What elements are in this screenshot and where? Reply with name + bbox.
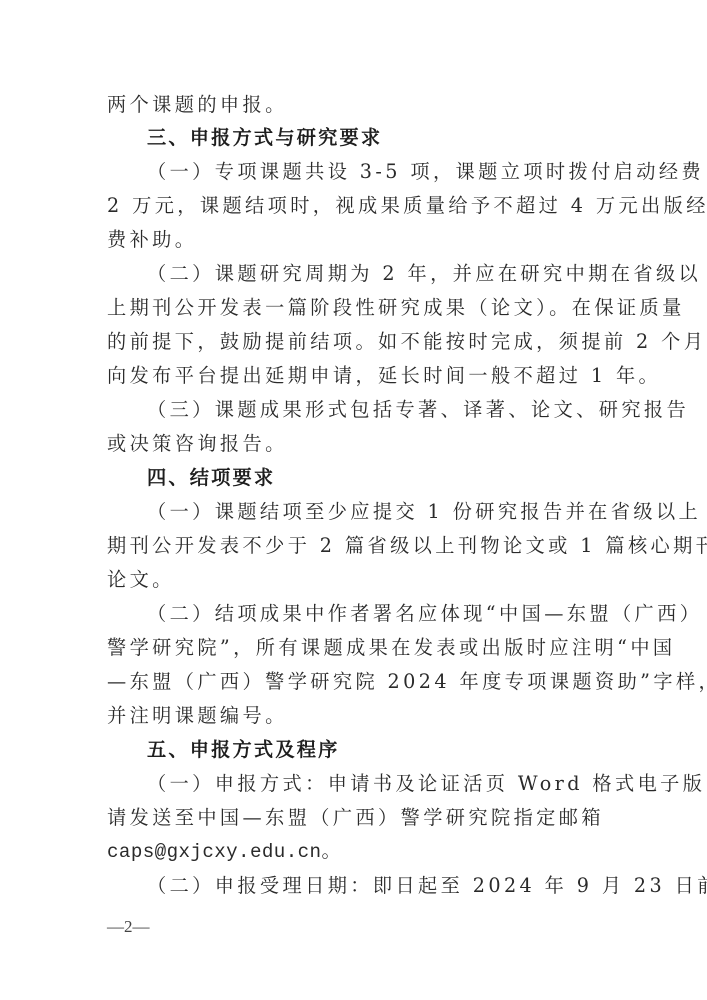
- text-line: 向发布平台提出延期申请，延长时间一般不超过 1 年。: [107, 359, 661, 393]
- text-line: （三）课题成果形式包括专著、译著、论文、研究报告: [147, 393, 689, 427]
- section-heading-5: 五、申报方式及程序: [147, 733, 340, 767]
- text-line: 上期刊公开发表一篇阶段性研究成果（论文）。在保证质量: [107, 291, 685, 325]
- text-line: （二）课题研究周期为 2 年，并应在研究中期在省级以: [147, 257, 701, 291]
- email-address: caps@gxjcxy.edu.cn。: [107, 835, 341, 869]
- text-line: （一）专项课题共设 3-5 项，课题立项时拨付启动经费: [147, 155, 704, 189]
- text-line: 费补助。: [107, 223, 197, 257]
- text-line: 论文。: [107, 563, 175, 597]
- section-heading-4: 四、结项要求: [147, 461, 275, 495]
- text-line: 的前提下，鼓励提前结项。如不能按时完成，须提前 2 个月: [107, 325, 706, 359]
- page-number: —2—: [107, 917, 150, 937]
- text-line: —东盟（广西）警学研究院 2024 年度专项课题资助”字样，: [107, 665, 707, 699]
- text-line: （一）申报方式：申请书及论证活页 Word 格式电子版: [147, 767, 705, 801]
- text-line: 两个课题的申报。: [107, 88, 288, 122]
- text-line: 或决策咨询报告。: [107, 427, 288, 461]
- text-line: 期刊公开发表不少于 2 篇省级以上刊物论文或 1 篇核心期刊: [107, 529, 707, 563]
- section-heading-3: 三、申报方式与研究要求: [147, 121, 382, 155]
- text-line: 警学研究院”，所有课题成果在发表或出版时应注明“中国: [107, 631, 676, 665]
- text-line: 请发送至中国—东盟（广西）警学研究院指定邮箱: [107, 801, 604, 835]
- text-line: （一）课题结项至少应提交 1 份研究报告并在省级以上: [147, 495, 701, 529]
- text-line: 2 万元，课题结项时，视成果质量给予不超过 4 万元出版经: [107, 189, 707, 223]
- text-line: （二）申报受理日期：即日起至 2024 年 9 月 23 日前。: [147, 869, 707, 903]
- text-line: （二）结项成果中作者署名应体现“中国—东盟（广西）: [147, 597, 702, 631]
- text-line: 并注明课题编号。: [107, 699, 288, 733]
